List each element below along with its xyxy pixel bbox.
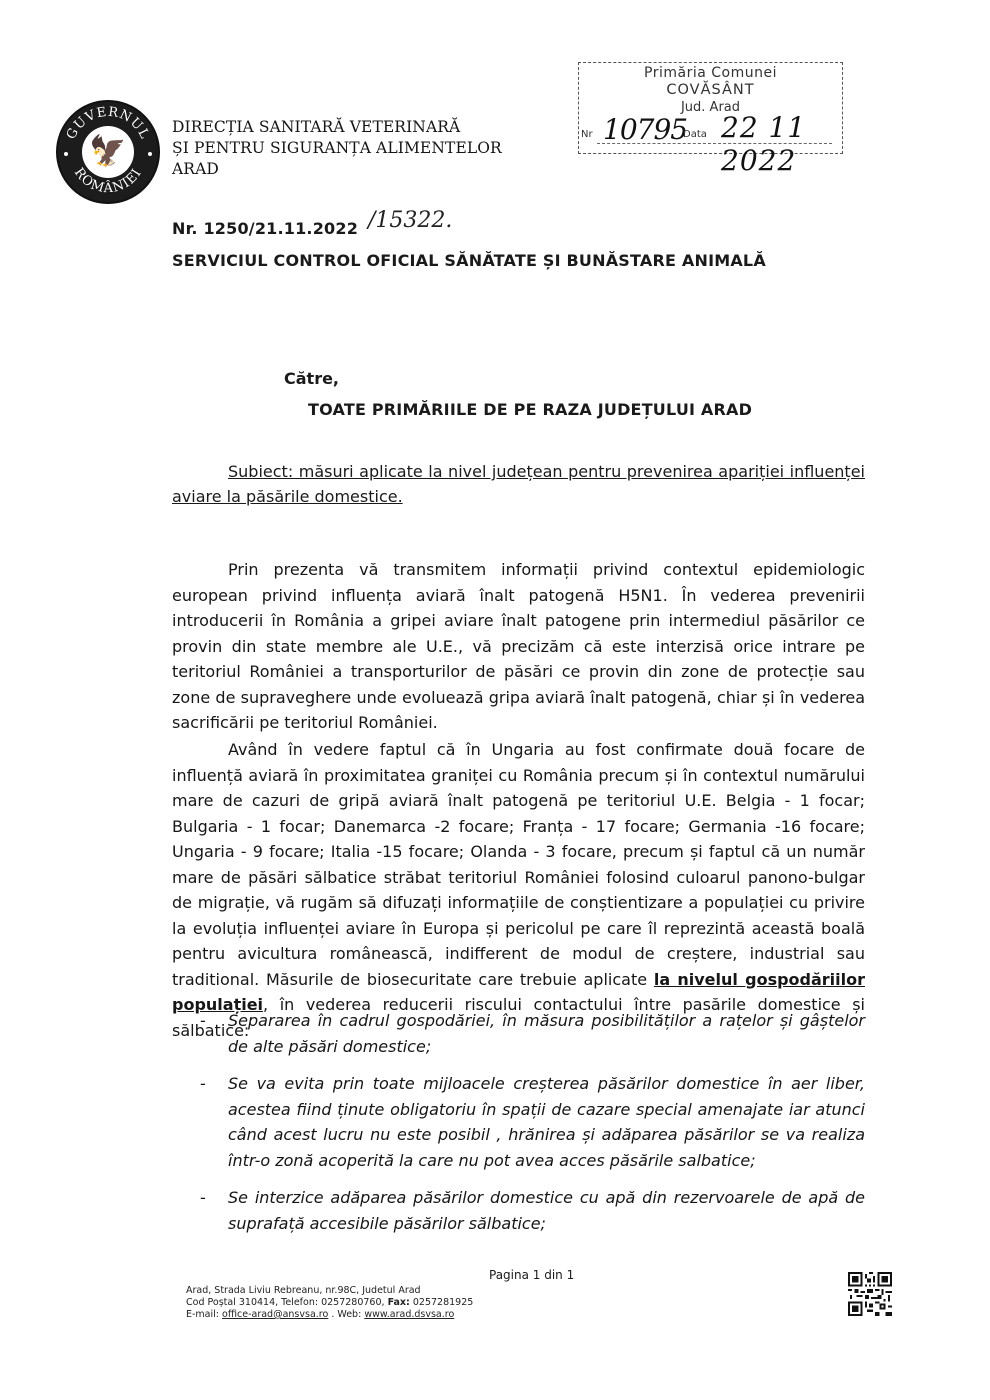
bullet-dash-icon: - <box>200 1185 206 1211</box>
qr-code-icon <box>848 1272 892 1316</box>
measures-list: - Separarea în cadrul gospodăriei, în mă… <box>200 1008 865 1248</box>
bullet-dash-icon: - <box>200 1008 206 1034</box>
stamp-date-value: 22 11 2022 <box>721 111 842 177</box>
coat-of-arms: 🦅 <box>82 126 134 178</box>
list-item-text: Separarea în cadrul gospodăriei, în măsu… <box>228 1011 865 1056</box>
list-item: - Separarea în cadrul gospodăriei, în mă… <box>200 1008 865 1059</box>
institution-line: DIRECȚIA SANITARĂ VETERINARĂ <box>172 117 502 138</box>
list-item-text: Se va evita prin toate mijloacele crește… <box>228 1074 865 1170</box>
handwritten-reference: /15322. <box>368 208 452 233</box>
stamp-date-label: Data <box>683 129 707 140</box>
stamp-underline <box>597 143 832 144</box>
footer-phone-fax: Cod Poștal 310414, Telefon: 0257280760, … <box>186 1297 473 1309</box>
institution-line: ȘI PENTRU SIGURANȚA ALIMENTELOR <box>172 138 502 159</box>
paragraph-2-text: Având în vedere faptul că în Ungaria au … <box>172 740 865 989</box>
email-link[interactable]: office-arad@ansvsa.ro <box>222 1309 328 1320</box>
addressee-to: Către, <box>284 369 339 388</box>
addressee-recipient: TOATE PRIMĂRIILE DE PE RAZA JUDEȚULUI AR… <box>308 400 752 419</box>
web-link[interactable]: www.arad.dsvsa.ro <box>364 1309 454 1320</box>
body-paragraph-1: Prin prezenta vă transmitem informații p… <box>172 557 865 736</box>
stamp-line-1: Primăria Comunei <box>579 65 842 81</box>
registration-stamp: Primăria Comunei COVĂSÂNT Jud. Arad Nr 1… <box>578 62 843 154</box>
reference-number: Nr. 1250/21.11.2022 <box>172 219 358 238</box>
bullet-dash-icon: - <box>200 1071 206 1097</box>
subject-line: Subiect: măsuri aplicate la nivel județe… <box>172 459 865 509</box>
list-item: - Se va evita prin toate mijloacele creș… <box>200 1071 865 1173</box>
footer-address: Arad, Strada Liviu Rebreanu, nr.98C, Jud… <box>186 1285 473 1297</box>
list-item: - Se interzice adăparea păsărilor domest… <box>200 1185 865 1236</box>
stamp-nr-label: Nr <box>581 129 593 140</box>
institution-line: ARAD <box>172 159 502 180</box>
government-seal-logo: GUVERNUL ROMÂNIEI 🦅 <box>56 100 160 204</box>
body-paragraph-2: Având în vedere faptul că în Ungaria au … <box>172 737 865 1043</box>
page-number: Pagina 1 din 1 <box>489 1268 574 1282</box>
service-name: SERVICIUL CONTROL OFICIAL SĂNĂTATE ȘI BU… <box>172 251 766 270</box>
footer-email-web: E-mail: office-arad@ansvsa.ro . Web: www… <box>186 1309 473 1321</box>
institution-name: DIRECȚIA SANITARĂ VETERINARĂ ȘI PENTRU S… <box>172 117 502 180</box>
footer-contact: Arad, Strada Liviu Rebreanu, nr.98C, Jud… <box>186 1285 473 1321</box>
stamp-nr-value: 10795 <box>603 113 687 146</box>
eagle-icon: 🦅 <box>89 137 126 167</box>
list-item-text: Se interzice adăparea păsărilor domestic… <box>228 1188 865 1233</box>
stamp-line-2: COVĂSÂNT <box>579 82 842 98</box>
